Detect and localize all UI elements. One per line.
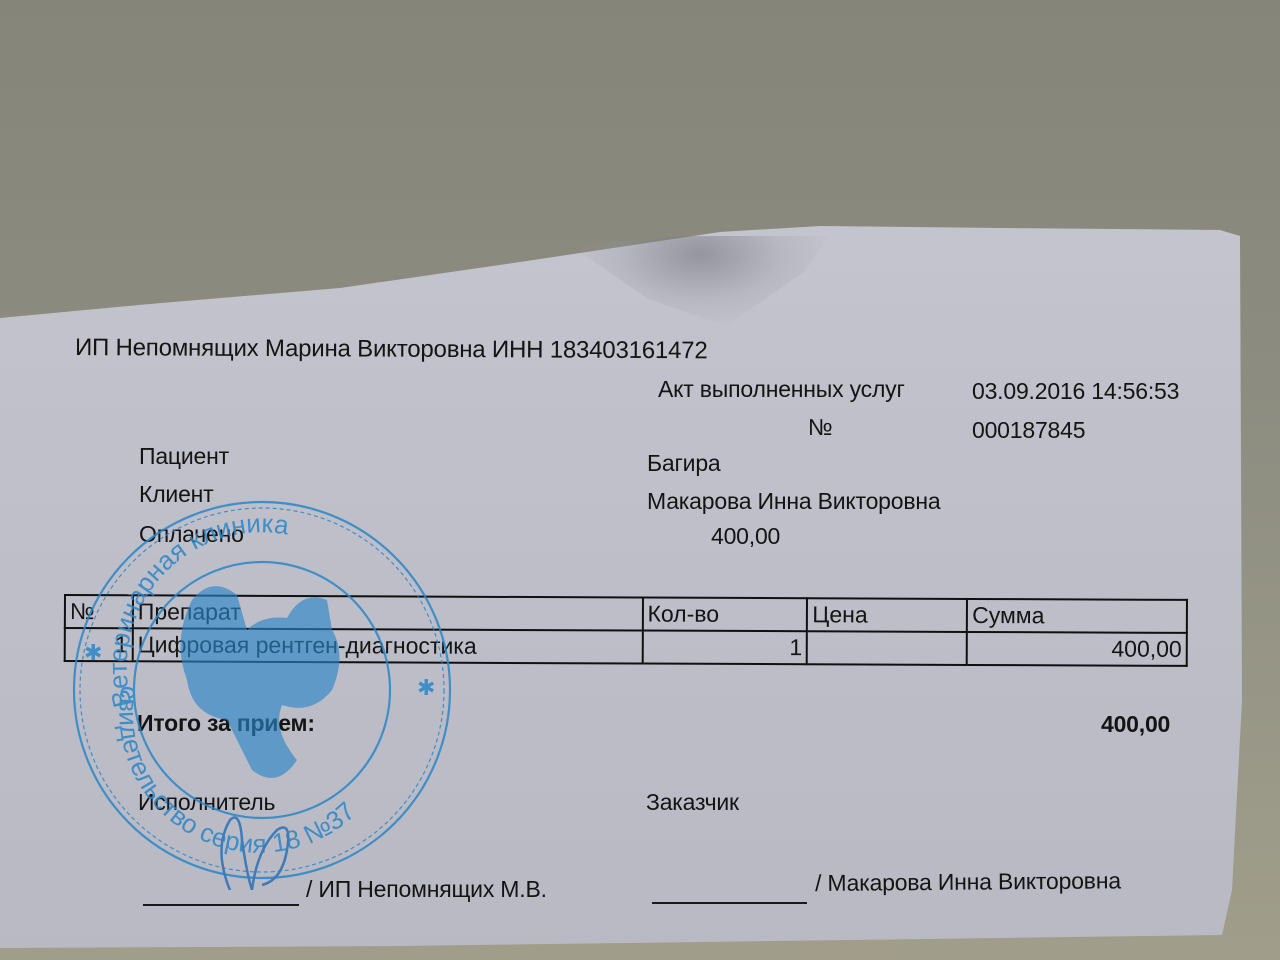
cell-sum: 400,00 (967, 632, 1187, 666)
patient-label: Пациент (139, 443, 229, 470)
services-table: № Препарат Кол-во Цена Сумма 1 Цифровая … (64, 594, 1188, 667)
cell-number: 1 (65, 628, 133, 661)
receipt-paper (0, 0, 1280, 960)
cell-item: Цифровая рентген-диагностика (133, 628, 643, 663)
column-header-quantity: Кол-во (642, 598, 807, 632)
total-value: 400,00 (1101, 711, 1170, 738)
owner-line: ИП Непомнящих Марина Викторовна ИНН 1834… (75, 334, 708, 365)
client-label: Клиент (139, 481, 214, 508)
column-header-price: Цена (807, 598, 967, 632)
patient-value: Багира (647, 450, 721, 477)
client-value: Макарова Инна Викторовна (647, 488, 940, 515)
executor-label: Исполнитель (138, 789, 275, 816)
column-header-number: № (65, 595, 133, 628)
total-label: Итого за прием: (137, 710, 315, 737)
executor-signature-line (143, 904, 299, 906)
act-label: Акт выполненных услуг (658, 376, 905, 403)
table-row: 1 Цифровая рентген-диагностика 1 400,00 (65, 628, 1187, 666)
customer-label: Заказчик (646, 789, 739, 816)
act-number-label: № (808, 414, 832, 441)
column-header-item: Препарат (133, 595, 643, 630)
cell-quantity: 1 (642, 631, 807, 665)
table-header-row: № Препарат Кол-во Цена Сумма (65, 595, 1187, 633)
executor-name: / ИП Непомнящих М.В. (306, 876, 547, 903)
customer-name: / Макарова Инна Викторовна (815, 867, 1121, 897)
cell-price (807, 631, 967, 665)
paid-value: 400,00 (711, 523, 780, 550)
act-number: 000187845 (972, 417, 1085, 444)
customer-signature-line (652, 902, 807, 904)
paid-label: Оплачено (139, 521, 244, 548)
act-datetime: 03.09.2016 14:56:53 (972, 378, 1179, 405)
column-header-sum: Сумма (967, 599, 1187, 633)
